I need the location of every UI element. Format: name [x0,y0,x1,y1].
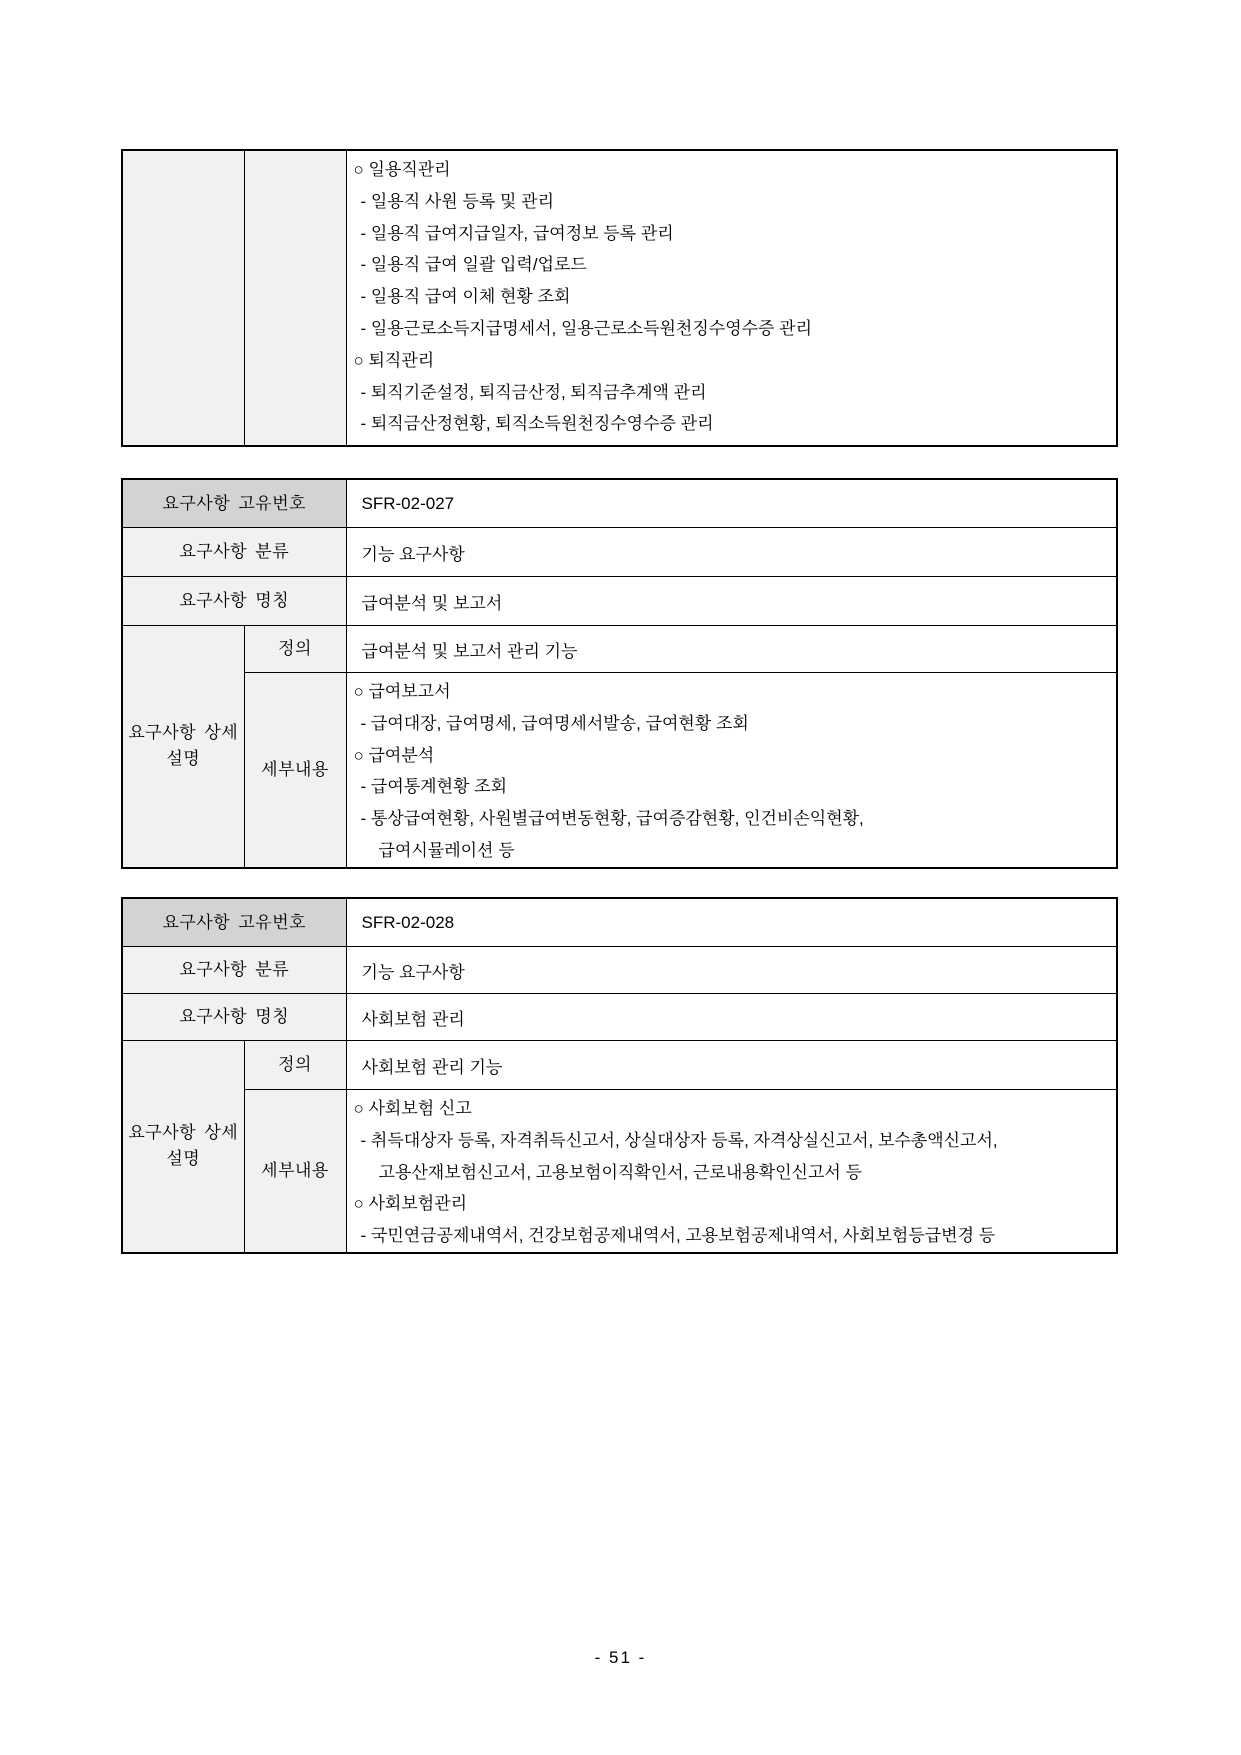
detail-line: - 취득대상자 등록, 자격취득신고서, 상실대상자 등록, 자격상실신고서, … [347,1125,1112,1157]
req-detail-label: 요구사항 상세설명 [122,626,244,868]
req-definition-label: 정의 [244,626,346,673]
detail-line: - 일용근로소득지급명세서, 일용근로소득원천징수영수증 관리 [347,313,1113,345]
detail-line: - 퇴직기준설정, 퇴직금산정, 퇴직금추계액 관리 [347,377,1113,409]
table-row: 요구사항 명칭 급여분석 및 보고서 [122,577,1117,626]
table-row: 요구사항 분류 기능 요구사항 [122,947,1117,994]
req-id-label: 요구사항 고유번호 [122,479,346,528]
table-row: 요구사항 상세설명 정의 사회보험 관리 기능 [122,1041,1117,1090]
document-page: { "page": { "footer": "- 51 -" }, "color… [0,0,1241,1755]
table-row: 세부내용 ○ 급여보고서- 급여대장, 급여명세, 급여명세서발송, 급여현황 … [122,673,1117,868]
req-detail-label: 요구사항 상세설명 [122,1041,244,1253]
req-name-value: 급여분석 및 보고서 [346,577,1117,626]
req-id-value: SFR-02-027 [346,479,1117,528]
detail-line: ○ 일용직관리 [347,154,1113,186]
req-details-label: 세부내용 [244,673,346,868]
req-name-label: 요구사항 명칭 [122,994,346,1041]
table-row: 요구사항 고유번호 SFR-02-027 [122,479,1117,528]
req-details-label: 세부내용 [244,1090,346,1253]
detail-line: - 일용직 급여 이체 현황 조회 [347,281,1113,313]
req-id-label: 요구사항 고유번호 [122,898,346,947]
detail-line: - 일용직 사원 등록 및 관리 [347,186,1113,218]
detail-line: - 일용직 급여 일괄 입력/업로드 [347,249,1113,281]
detail-line: ○ 급여분석 [347,740,1112,772]
req-definition-value: 급여분석 및 보고서 관리 기능 [346,626,1117,673]
detail-line: - 급여통계현황 조회 [347,771,1112,803]
empty-label-cell [122,150,244,446]
req-definition-label: 정의 [244,1041,346,1090]
req-name-label: 요구사항 명칭 [122,577,346,626]
detail-content-cell: ○ 급여보고서- 급여대장, 급여명세, 급여명세서발송, 급여현황 조회○ 급… [346,673,1117,868]
detail-line: - 일용직 급여지급일자, 급여정보 등록 관리 [347,218,1113,250]
continuation-table: ○ 일용직관리- 일용직 사원 등록 및 관리- 일용직 급여지급일자, 급여정… [121,149,1118,447]
req-category-label: 요구사항 분류 [122,528,346,577]
detail-line: - 급여대장, 급여명세, 급여명세서발송, 급여현황 조회 [347,708,1112,740]
table-row: 요구사항 고유번호 SFR-02-028 [122,898,1117,947]
table-row: ○ 일용직관리- 일용직 사원 등록 및 관리- 일용직 급여지급일자, 급여정… [122,150,1117,446]
detail-line: ○ 급여보고서 [347,676,1112,708]
detail-line: - 국민연금공제내역서, 건강보험공제내역서, 고용보험공제내역서, 사회보험등… [347,1220,1112,1252]
table-row: 요구사항 명칭 사회보험 관리 [122,994,1117,1041]
detail-line: ○ 사회보험관리 [347,1188,1112,1220]
detail-content-cell: ○ 일용직관리- 일용직 사원 등록 및 관리- 일용직 급여지급일자, 급여정… [346,150,1117,446]
detail-content-cell: ○ 사회보험 신고- 취득대상자 등록, 자격취득신고서, 상실대상자 등록, … [346,1090,1117,1253]
table-row: 요구사항 분류 기능 요구사항 [122,528,1117,577]
req-category-value: 기능 요구사항 [346,528,1117,577]
detail-line: 급여시뮬레이션 등 [347,835,1112,867]
table-row: 요구사항 상세설명 정의 급여분석 및 보고서 관리 기능 [122,626,1117,673]
req-category-label: 요구사항 분류 [122,947,346,994]
req-definition-value: 사회보험 관리 기능 [346,1041,1117,1090]
req-category-value: 기능 요구사항 [346,947,1117,994]
detail-line: ○ 퇴직관리 [347,345,1113,377]
detail-line: ○ 사회보험 신고 [347,1093,1112,1125]
req-id-value: SFR-02-028 [346,898,1117,947]
table-row: 세부내용 ○ 사회보험 신고- 취득대상자 등록, 자격취득신고서, 상실대상자… [122,1090,1117,1253]
detail-line: - 통상급여현황, 사원별급여변동현황, 급여증감현황, 인건비손익현황, [347,803,1112,835]
req-name-value: 사회보험 관리 [346,994,1117,1041]
empty-sublabel-cell [244,150,346,446]
requirement-table-sfr-02-027: 요구사항 고유번호 SFR-02-027 요구사항 분류 기능 요구사항 요구사… [121,478,1118,869]
detail-line: - 퇴직금산정현황, 퇴직소득원천징수영수증 관리 [347,408,1113,440]
detail-line: 고용산재보험신고서, 고용보험이직확인서, 근로내용확인신고서 등 [347,1157,1112,1189]
page-number: - 51 - [0,1648,1241,1668]
requirement-table-sfr-02-028: 요구사항 고유번호 SFR-02-028 요구사항 분류 기능 요구사항 요구사… [121,897,1118,1254]
